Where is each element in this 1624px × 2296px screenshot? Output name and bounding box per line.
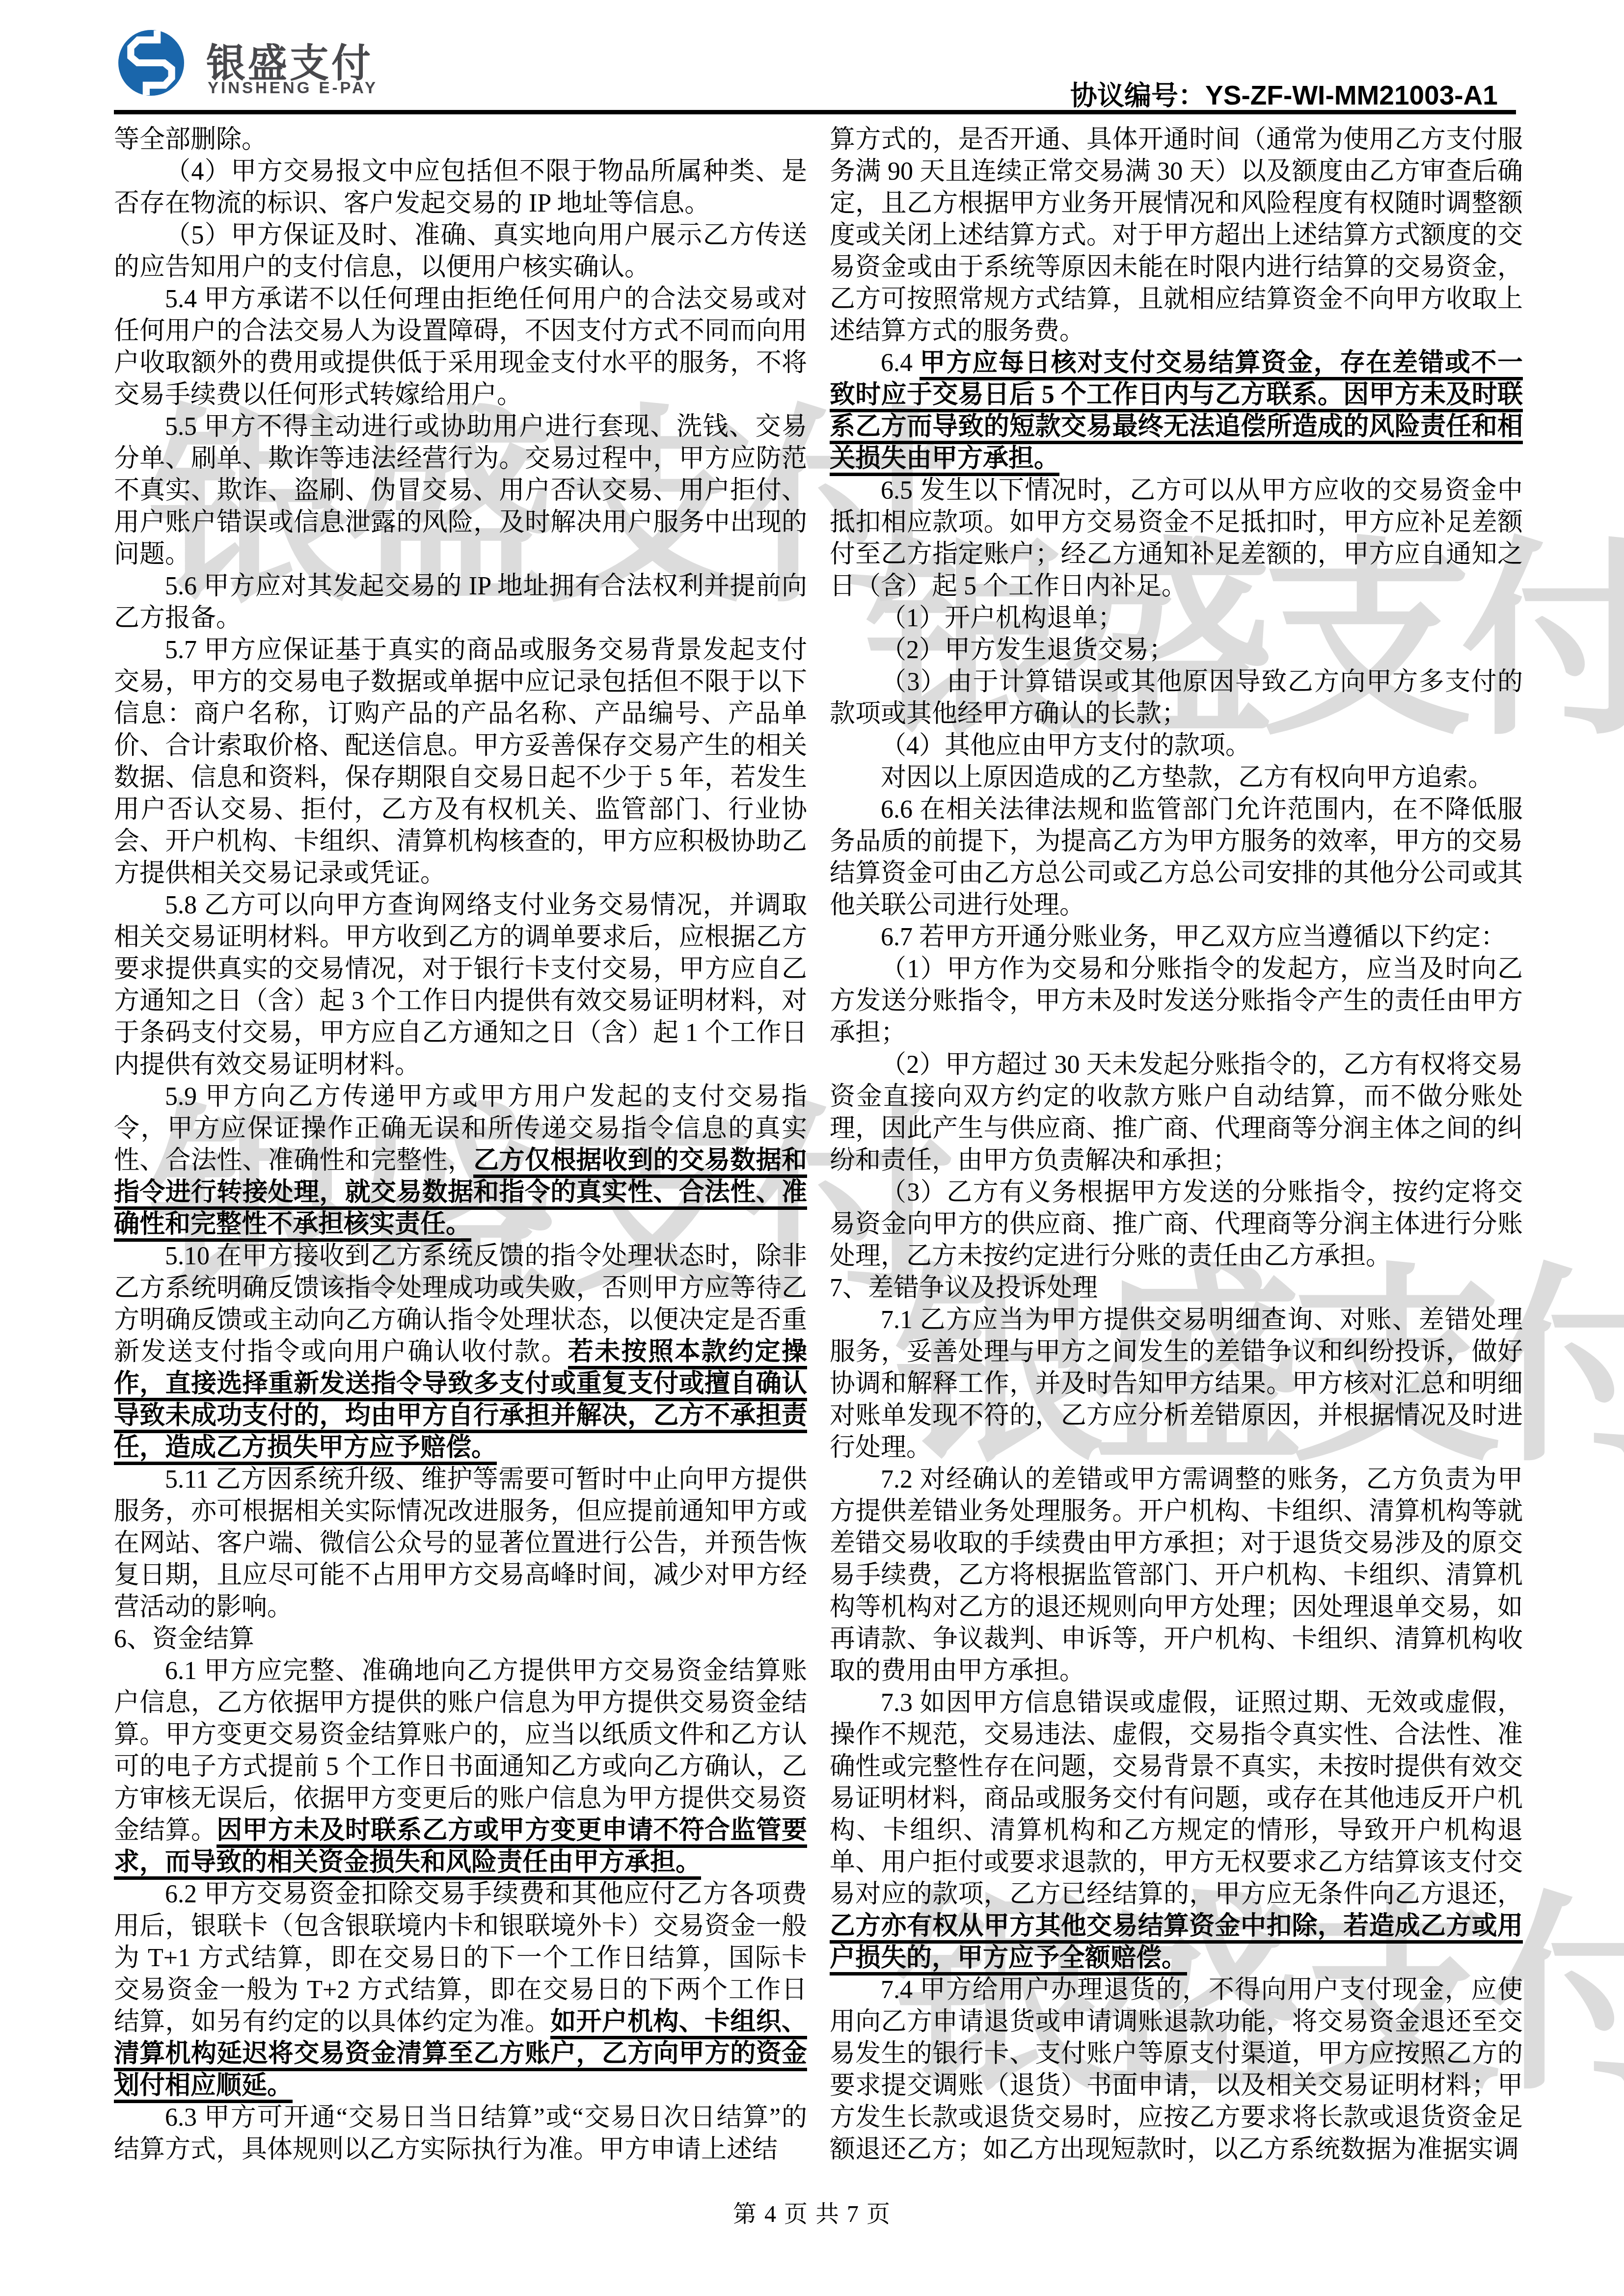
paragraph: （2）甲方发生退货交易； [830,634,1523,666]
paragraph: （3）乙方有义务根据甲方发送的分账指令，按约定将交易资金向甲方的供应商、推广商、… [830,1176,1523,1272]
yinsheng-logo-icon [118,29,185,101]
agreement-number-label: 协议编号： [1070,80,1205,110]
left-column: 等全部删除。（4）甲方交易报文中应包括但不限于物品所属种类、是否存在物流的标识、… [114,124,807,2175]
agreement-number-line: 协议编号：YS-ZF-WI-MM21003-A1 [1070,74,1498,112]
paragraph: 5.10 在甲方接收到乙方系统反馈的指令处理状态时，除非乙方系统明确反馈该指令处… [114,1240,807,1464]
clause-text: 对因以上原因造成的乙方垫款，乙方有权向甲方追索。 [881,764,1493,792]
clause-text: 5.11 乙方因系统升级、维护等需要可暂时中止向甲方提供服务，亦可根据相关实际情… [114,1466,807,1621]
clause-text: 5.7 甲方应保证基于真实的商品或服务交易背景发起支付交易，甲方的交易电子数据或… [114,636,807,887]
paragraph: 7.4 甲方给用户办理退货的，不得向用户支付现金，应使用向乙方申请退货或申请调账… [830,1974,1523,2165]
paragraph: 等全部删除。 [114,124,807,156]
paragraph: （1）甲方作为交易和分账指令的发起方，应当及时向乙方发送分账指令，甲方未及时发送… [830,953,1523,1049]
section-heading: 6、资金结算 [114,1623,807,1655]
paragraph: 6.3 甲方可开通“交易日当日结算”或“交易日次日结算”的结算方式，具体规则以乙… [114,2102,807,2165]
header-divider [114,110,1516,114]
paragraph: 6.2 甲方交易资金扣除交易手续费和其他应付乙方各项费用后，银联卡（包含银联境内… [114,1878,807,2102]
paragraph: 5.5 甲方不得主动进行或协助用户进行套现、洗钱、交易分单、刷单、欺诈等违法经营… [114,411,807,570]
paragraph: 7.3 如因甲方信息错误或虚假，证照过期、无效或虚假，操作不规范，交易违法、虚假… [830,1687,1523,1974]
clause-text: 7、差错争议及投诉处理 [830,1274,1098,1302]
paragraph: 6.4 甲方应每日核对支付交易结算资金，存在差错或不一致时应于交易日后 5 个工… [830,347,1523,475]
clause-text: 等全部删除。 [114,126,267,154]
clause-text: （3）乙方有义务根据甲方发送的分账指令，按约定将交易资金向甲方的供应商、推广商、… [830,1178,1523,1270]
paragraph: 6.7 若甲方开通分账业务，甲乙双方应当遵循以下约定： [830,921,1523,953]
clause-text: （1）甲方作为交易和分账指令的发起方，应当及时向乙方发送分账指令，甲方未及时发送… [830,955,1523,1047]
underlined-clause-text: 因甲方未及时联系乙方或甲方变更申请不符合监管要求，而导致的相关资金损失和风险责任… [114,1816,807,1880]
paragraph: 对因以上原因造成的乙方垫款，乙方有权向甲方追索。 [830,762,1523,794]
clause-text: （1）开户机构退单； [881,604,1123,632]
clause-text: 6.5 发生以下情况时，乙方可以从甲方应收的交易资金中抵扣相应款项。如甲方交易资… [830,477,1523,600]
section-heading: 7、差错争议及投诉处理 [830,1272,1523,1304]
contract-page: 银盛支付 银盛支付 银盛支付 银盛支付 银盛支付 银盛支付 YINSHENG E… [0,0,1624,2296]
paragraph: （5）甲方保证及时、准确、真实地向用户展示乙方传送的应告知用户的支付信息，以便用… [114,219,807,283]
clause-text: 6.4 [881,349,920,377]
paragraph: 5.7 甲方应保证基于真实的商品或服务交易背景发起支付交易，甲方的交易电子数据或… [114,634,807,889]
paragraph: 5.4 甲方承诺不以任何理由拒绝任何用户的合法交易或对任何用户的合法交易人为设置… [114,283,807,411]
paragraph: （2）甲方超过 30 天未发起分账指令的，乙方有权将交易资金直接向双方约定的收款… [830,1049,1523,1176]
clause-text: （2）甲方发生退货交易； [881,636,1174,664]
clause-text: 算方式的，是否开通、具体开通时间（通常为使用乙方支付服务满 90 天且连续正常交… [830,126,1523,345]
clause-text: （5）甲方保证及时、准确、真实地向用户展示乙方传送的应告知用户的支付信息，以便用… [114,221,807,281]
paragraph: 6.6 在相关法律法规和监管部门允许范围内，在不降低服务品质的前提下，为提高乙方… [830,794,1523,921]
paragraph: 7.1 乙方应当为甲方提供交易明细查询、对账、差错处理服务，妥善处理与甲方之间发… [830,1304,1523,1464]
paragraph: （3）由于计算错误或其他原因导致乙方向甲方多支付的款项或其他经甲方确认的长款； [830,666,1523,730]
paragraph: （4）其他应由甲方支付的款项。 [830,730,1523,762]
paragraph: 7.2 对经确认的差错或甲方需调整的账务，乙方负责为甲方提供差错业务处理服务。开… [830,1464,1523,1687]
paragraph: 6.1 甲方应完整、准确地向乙方提供甲方交易资金结算账户信息，乙方依据甲方提供的… [114,1655,807,1878]
clause-text: （4）甲方交易报文中应包括但不限于物品所属种类、是否存在物流的标识、客户发起交易… [114,158,807,217]
paragraph: 5.8 乙方可以向甲方查询网络支付业务交易情况，并调取相关交易证明材料。甲方收到… [114,889,807,1081]
paragraph: 6.5 发生以下情况时，乙方可以从甲方应收的交易资金中抵扣相应款项。如甲方交易资… [830,475,1523,602]
clause-text: 6、资金结算 [114,1625,254,1653]
paragraph: （4）甲方交易报文中应包括但不限于物品所属种类、是否存在物流的标识、客户发起交易… [114,156,807,219]
clause-text: 7.4 甲方给用户办理退货的，不得向用户支付现金，应使用向乙方申请退货或申请调账… [830,1976,1523,2163]
clause-text: 6.3 甲方可开通“交易日当日结算”或“交易日次日结算”的结算方式，具体规则以乙… [114,2104,807,2163]
right-column: 算方式的，是否开通、具体开通时间（通常为使用乙方支付服务满 90 天且连续正常交… [830,124,1523,2175]
clause-text: 7.1 乙方应当为甲方提供交易明细查询、对账、差错处理服务，妥善处理与甲方之间发… [830,1306,1523,1462]
agreement-number-value: YS-ZF-WI-MM21003-A1 [1205,80,1498,110]
paragraph: 5.6 甲方应对其发起交易的 IP 地址拥有合法权利并提前向乙方报备。 [114,570,807,634]
paragraph: （1）开户机构退单； [830,602,1523,634]
paragraph: 5.11 乙方因系统升级、维护等需要可暂时中止向甲方提供服务，亦可根据相关实际情… [114,1464,807,1623]
paragraph: 5.9 甲方向乙方传递甲方或甲方用户发起的支付交易指令，甲方应保证操作正确无误和… [114,1081,807,1240]
clause-text: 5.8 乙方可以向甲方查询网络支付业务交易情况，并调取相关交易证明材料。甲方收到… [114,891,807,1079]
clause-text: 5.4 甲方承诺不以任何理由拒绝任何用户的合法交易或对任何用户的合法交易人为设置… [114,285,807,409]
clause-text: 7.3 如因甲方信息错误或虚假，证照过期、无效或虚假，操作不规范，交易违法、虚假… [830,1689,1523,1908]
paragraph: 算方式的，是否开通、具体开通时间（通常为使用乙方支付服务满 90 天且连续正常交… [830,124,1523,347]
page-number: 第 4 页 共 7 页 [0,2195,1624,2229]
clause-text: （3）由于计算错误或其他原因导致乙方向甲方多支付的款项或其他经甲方确认的长款； [830,668,1523,728]
clause-text: （2）甲方超过 30 天未发起分账指令的，乙方有权将交易资金直接向双方约定的收款… [830,1051,1523,1175]
clause-text: （4）其他应由甲方支付的款项。 [881,732,1251,760]
clause-text: 6.6 在相关法律法规和监管部门允许范围内，在不降低服务品质的前提下，为提高乙方… [830,796,1523,919]
underlined-clause-text: 甲方应每日核对支付交易结算资金，存在差错或不一致时应于交易日后 5 个工作日内与… [830,349,1523,476]
brand-subtitle: YINSHENG E-PAY [208,79,378,97]
underlined-clause-text: 乙方亦有权从甲方其他交易结算资金中扣除，若造成乙方或用户损失的，甲方应予全额赔偿… [830,1912,1523,1976]
clause-text: 6.7 若甲方开通分账业务，甲乙双方应当遵循以下约定： [881,923,1506,951]
clause-text: 5.5 甲方不得主动进行或协助用户进行套现、洗钱、交易分单、刷单、欺诈等违法经营… [114,413,807,568]
clause-text: 7.2 对经确认的差错或甲方需调整的账务，乙方负责为甲方提供差错业务处理服务。开… [830,1466,1523,1685]
clause-text: 5.6 甲方应对其发起交易的 IP 地址拥有合法权利并提前向乙方报备。 [114,572,807,632]
